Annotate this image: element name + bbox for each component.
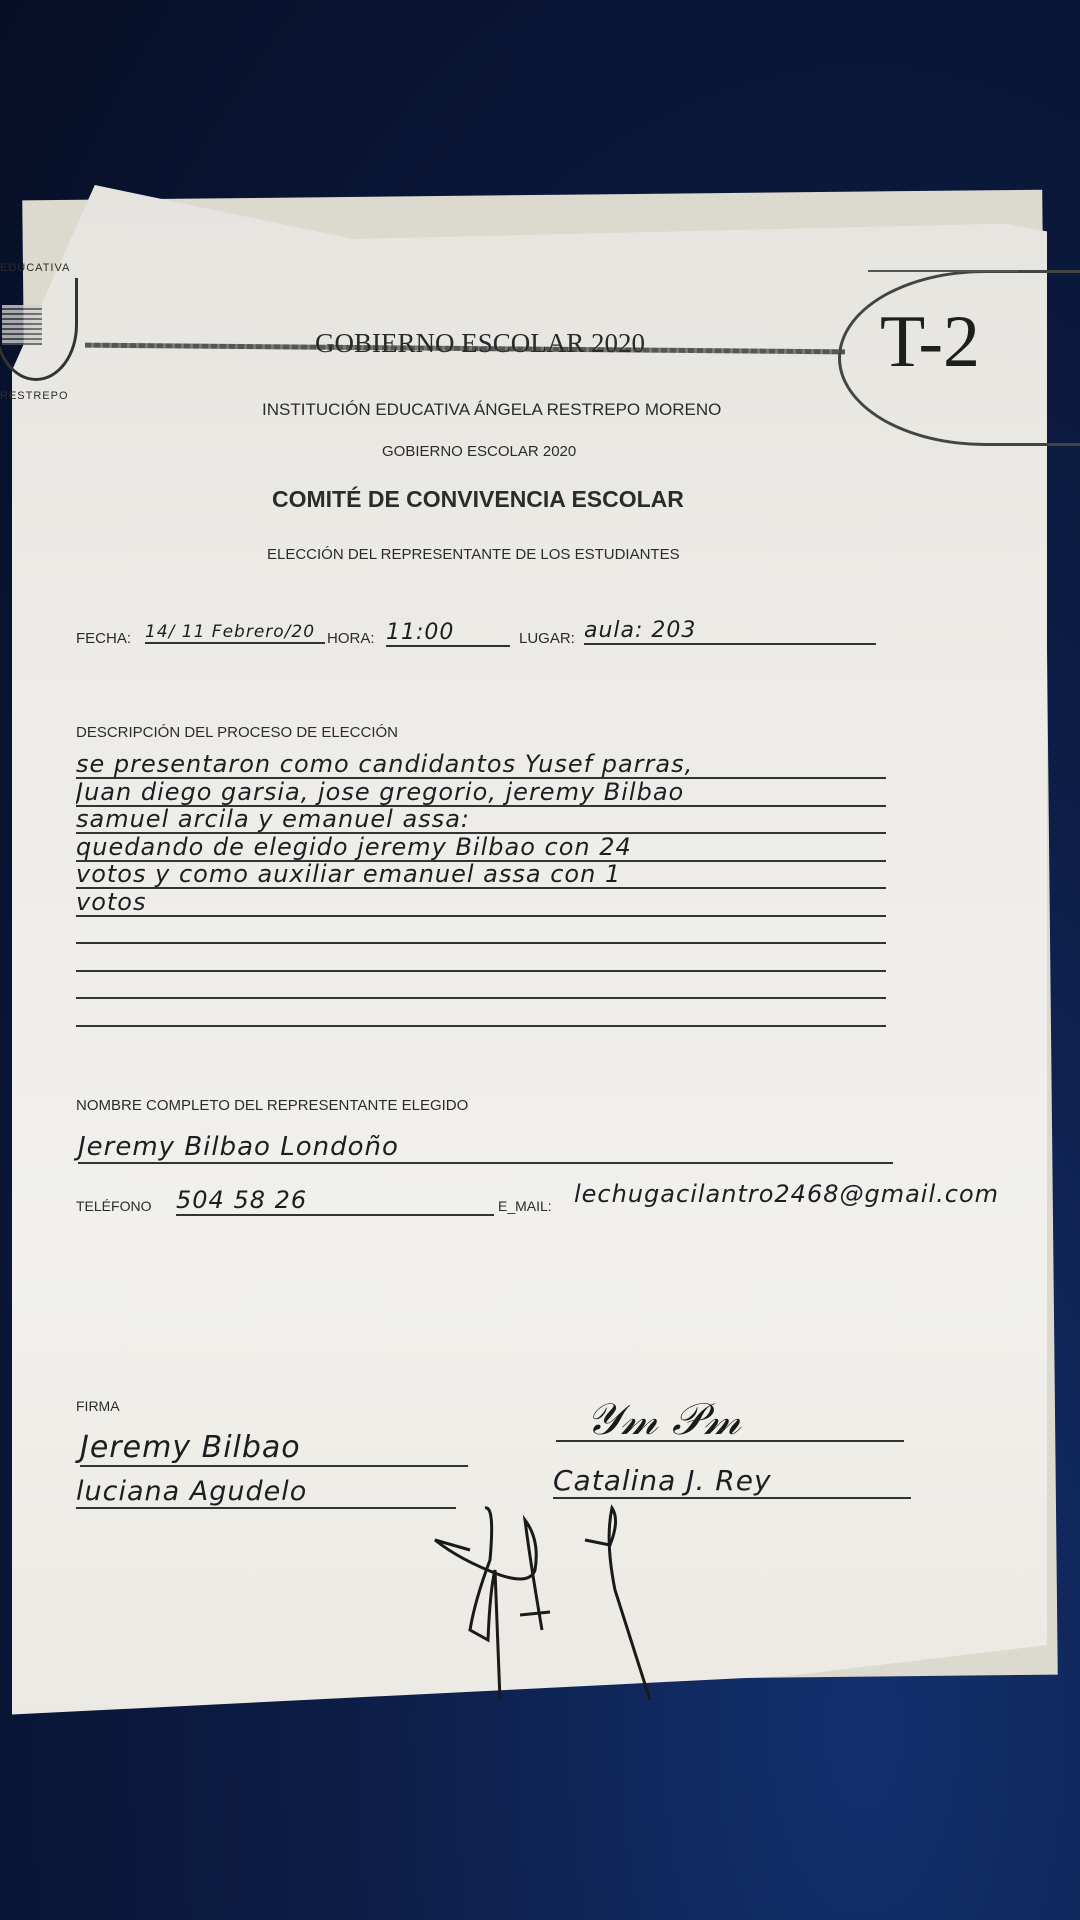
logo-bottom-text: RESTREPO: [0, 390, 69, 402]
description-line: quedando de elegido jeremy Bilbao con 24: [76, 835, 886, 862]
header-title: GOBIERNO ESCOLAR 2020: [315, 328, 645, 359]
signature-right-1: 𝒴𝓂 𝒫𝓂: [556, 1400, 904, 1442]
description-line: [76, 945, 886, 972]
email-label: E_MAIL:: [498, 1198, 552, 1214]
hora-label: HORA:: [327, 630, 375, 647]
description-line: se presentaron como candidantos Yusef pa…: [76, 752, 886, 779]
description-line: votos y como auxiliar emanuel assa con 1: [76, 862, 886, 889]
description-line: [76, 972, 886, 999]
description-line: samuel arcila y emanuel assa:: [76, 807, 886, 834]
signature-label: FIRMA: [76, 1398, 120, 1414]
corner-stamp-line: [868, 270, 1018, 272]
fecha-label: FECHA:: [76, 630, 131, 647]
signature-scribble-icon: 𝒴𝓂 𝒫𝓂: [586, 1394, 741, 1445]
signature-left-1: Jeremy Bilbao: [80, 1430, 468, 1467]
representative-label: NOMBRE COMPLETO DEL REPRESENTANTE ELEGID…: [76, 1097, 468, 1114]
phone-value: 504 58 26: [176, 1186, 494, 1216]
representative-name: Jeremy Bilbao Londoño: [78, 1132, 893, 1164]
subheader: GOBIERNO ESCOLAR 2020: [382, 443, 576, 460]
committee-title: COMITÉ DE CONVIVENCIA ESCOLAR: [272, 486, 684, 513]
book-icon: [2, 305, 42, 345]
signature-right-2: Catalina J. Rey: [553, 1464, 911, 1499]
phone-label: TELÉFONO: [76, 1198, 151, 1214]
signature-left-2: luciana Agudelo: [76, 1476, 456, 1509]
lugar-label: LUGAR:: [519, 630, 575, 647]
institution-name: INSTITUCIÓN EDUCATIVA ÁNGELA RESTREPO MO…: [262, 400, 721, 420]
description-line: Juan diego garsia, jose gregorio, jeremy…: [76, 780, 886, 807]
election-title: ELECCIÓN DEL REPRESENTANTE DE LOS ESTUDI…: [267, 546, 680, 563]
bottom-signature-icon: [430, 1500, 660, 1710]
description-line: [76, 1000, 886, 1027]
description-label: DESCRIPCIÓN DEL PROCESO DE ELECCIÓN: [76, 724, 398, 741]
hora-value: 11:00: [386, 620, 510, 647]
corner-stamp-text: T-2: [880, 300, 980, 385]
lugar-value: aula: 203: [584, 618, 876, 645]
description-line: votos: [76, 890, 886, 917]
logo-top-text: EDUCATIVA: [0, 262, 70, 274]
description-line: [76, 917, 886, 944]
fecha-value: 14/ 11 Febrero/20: [145, 622, 325, 644]
email-value: lechugacilantro2468@gmail.com: [574, 1180, 999, 1208]
